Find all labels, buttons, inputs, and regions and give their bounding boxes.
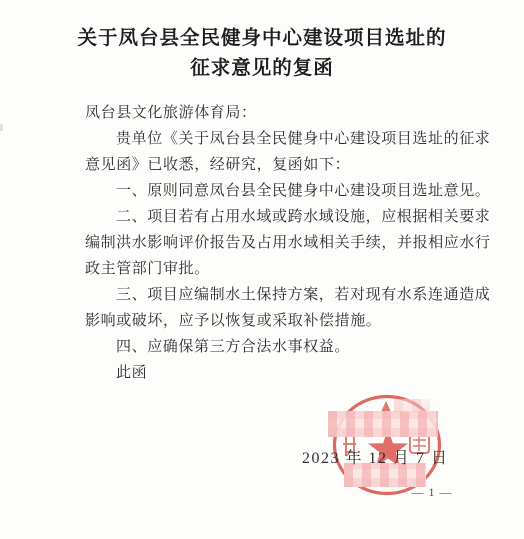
body-line: 影响或破坏，应予以恢复或采取补偿措施。 <box>85 308 475 334</box>
body-line: 编制洪水影响评价报告及占用水域相关手续，并报相应水行 <box>85 230 475 256</box>
redaction-mosaic <box>328 411 438 437</box>
body-line-item-3: 三、项目应编制水土保持方案，若对现有水系连通造成 <box>85 282 475 308</box>
body-line: 意见函》已收悉，经研究，复函如下： <box>85 152 475 178</box>
body-line: 政主管部门审批。 <box>85 256 475 282</box>
document-title: 关于凤台县全民健身中心建设项目选址的 征求意见的复函 <box>0 24 524 83</box>
body-line-item-4: 四、应确保第三方合法水事权益。 <box>85 334 475 360</box>
document-date: 2023 年 12 月 7 日 <box>302 445 449 468</box>
title-line-1: 关于凤台县全民健身中心建设项目选址的 <box>0 24 524 54</box>
document-page: 关于凤台县全民健身中心建设项目选址的 征求意见的复函 凤台县文化旅游体育局： 贵… <box>0 0 524 539</box>
page-number: — 1 — <box>400 485 464 500</box>
salutation-line: 凤台县文化旅游体育局： <box>85 100 475 126</box>
document-body: 凤台县文化旅游体育局： 贵单位《关于凤台县全民健身中心建设项目选址的征求 意见函… <box>85 100 475 386</box>
scan-artifact <box>0 124 3 131</box>
body-line-item-2: 二、项目若有占用水域或跨水域设施，应根据相关要求 <box>85 204 475 230</box>
redaction-mosaic <box>394 399 430 412</box>
body-line: 贵单位《关于凤台县全民健身中心建设项目选址的征求 <box>85 126 475 152</box>
closing-line: 此函 <box>85 360 475 386</box>
body-line-item-1: 一、原则同意凤台县全民健身中心建设项目选址意见。 <box>85 178 475 204</box>
title-line-2: 征求意见的复函 <box>0 54 524 84</box>
